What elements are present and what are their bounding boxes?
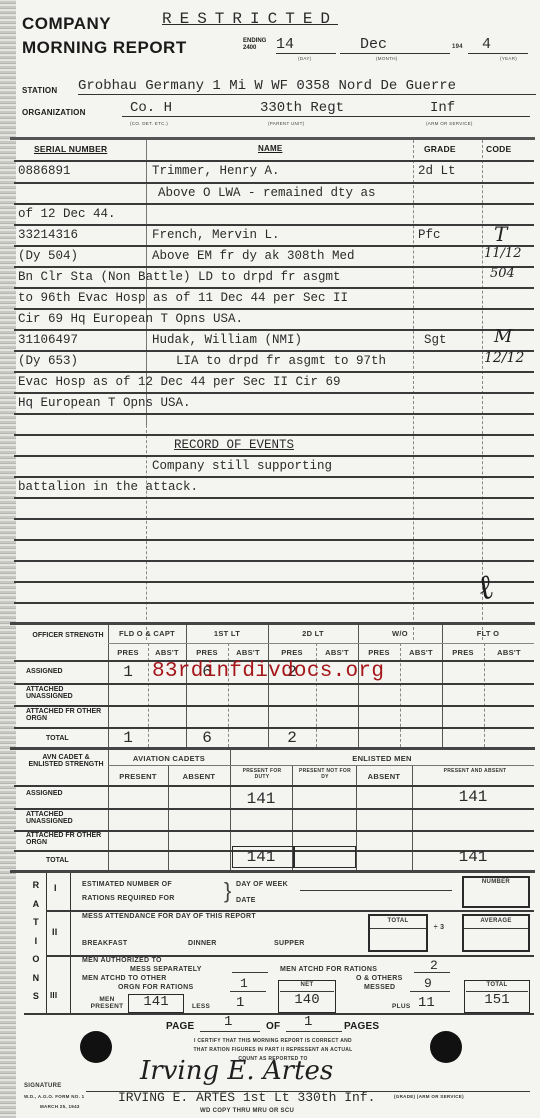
authorized-mess-label-2: MESS SEPARATELY [130, 966, 202, 973]
signature-label: SIGNATURE [24, 1083, 62, 1089]
men-atchd-other-value: 1 [240, 976, 248, 991]
serial-number-trimmer: 0886891 [18, 164, 71, 178]
sub-present-not-for-duty: PRESENT NOT FOR DY [296, 768, 354, 780]
assigned-fld-capt-pres: 1 [108, 663, 148, 681]
remark-french-3: to 96th Evac Hosp as of 11 Dec 44 per Se… [18, 291, 348, 305]
total-2d-lt-pres: 2 [268, 729, 316, 747]
page-total: 1 [304, 1014, 312, 1030]
others-messed-label-2: MESSED [364, 984, 395, 991]
form-date: MARCH 25, 1943 [40, 1104, 80, 1109]
side-letter: S [30, 987, 42, 1006]
watermark: 83rdinfdivdocs.org [152, 660, 384, 683]
breakfast-label: BREAKFAST [82, 940, 127, 947]
punch-hole-right [430, 1031, 462, 1063]
sub-abst: ABS'T [148, 648, 186, 657]
serial-number-french: 33214316 [18, 228, 78, 242]
name-trimmer: Trimmer, Henry A. [152, 164, 280, 178]
remark-hudak-2: Evac Hosp as of 12 Dec 44 per Sec II Cir… [18, 375, 341, 389]
estimated-rations-label-1: ESTIMATED NUMBER OF [82, 881, 172, 888]
grade-arm-caption: (GRADE) (ARM OR SERVICE) [394, 1094, 464, 1099]
men-atchd-other-label-1: MEN ATCHD TO OTHER [82, 975, 167, 982]
side-letter: T [30, 913, 42, 932]
sub-present-for-duty: PRESENT FOR DUTY [236, 768, 288, 780]
side-letter: R [30, 876, 42, 895]
remark-french-2: Bn Clr Sta (Non Battle) LD to drpd fr as… [18, 270, 341, 284]
sub-abst: ABS'T [484, 648, 534, 657]
total-present-and-absent: 141 [412, 848, 534, 866]
group-wo: W/O [358, 629, 442, 638]
side-letter: I [30, 932, 42, 951]
row-attached-other-label: ATTACHED FR OTHER ORGN [26, 832, 106, 846]
code-hudak-date: 12/12 [484, 350, 524, 366]
code-french: T [494, 222, 507, 246]
form-number: W.D., A.G.O. FORM NO. 1 [24, 1094, 85, 1099]
remark-trimmer-1: Above O LWA - remained dty as [158, 186, 376, 200]
average-label: AVERAGE [462, 918, 530, 924]
group-aviation-cadets: AVIATION CADETS [108, 754, 230, 763]
dinner-label: DINNER [188, 940, 217, 947]
plus-value: 11 [418, 995, 435, 1011]
side-letter: A [30, 895, 42, 914]
net-label: NET [278, 982, 336, 988]
men-atchd-rations-label: MEN ATCHD FOR RATIONS [280, 966, 377, 973]
report-day: 14 [276, 36, 336, 54]
number-label: NUMBER [462, 879, 530, 885]
assigned-present-for-duty: 141 [230, 790, 292, 808]
year-prefix: 194 [452, 44, 463, 50]
company-caption: (CO. DET. ETC.) [130, 121, 168, 126]
grade-hudak: Sgt [424, 333, 447, 347]
col-grade: GRADE [424, 144, 456, 154]
men-atchd-rations-value: 2 [430, 958, 438, 973]
form-title-company: COMPANY [22, 14, 111, 34]
row-total-label: TOTAL [46, 857, 69, 864]
arm-caption: (ARM OR SERVICE) [426, 121, 473, 126]
officer-strength-title: OFFICER STRENGTH [28, 632, 108, 639]
grade-trimmer: 2d Lt [418, 164, 456, 178]
morning-report-page: COMPANY MORNING REPORT RESTRICTED ENDING… [0, 0, 540, 1118]
side-letter: N [30, 969, 42, 988]
brace: } [224, 878, 231, 904]
row-total-label: TOTAL [46, 735, 69, 742]
sub-enlisted-absent: ABSENT [356, 772, 412, 781]
code-french-date: 11/12 [484, 246, 521, 261]
signer-typed-name: IRVING E. ARTES 1st Lt 330th Inf. [118, 1090, 375, 1105]
mess-attendance-label: MESS ATTENDANCE FOR DAY OF THIS REPORT [82, 913, 256, 920]
sub-present-and-absent: PRESENT AND ABSENT [420, 768, 530, 774]
station-value: Grobhau Germany 1 Mi W WF 0358 Nord De G… [78, 78, 536, 95]
duty-french: (Dy 504) [18, 249, 78, 263]
assigned-present-and-absent: 141 [412, 788, 534, 806]
page-number: 1 [224, 1014, 232, 1030]
organization-label: ORGANIZATION [22, 108, 86, 117]
serial-number-hudak: 31106497 [18, 333, 78, 347]
scan-edge [0, 0, 16, 1118]
punch-hole-left [80, 1031, 112, 1063]
organization-arm: Inf [420, 100, 530, 117]
rations-total-label: TOTAL [464, 982, 530, 988]
parent-caption: (PARENT UNIT) [268, 121, 304, 126]
group-fld-o-capt: FLD O & CAPT [108, 629, 186, 638]
sub-cadet-absent: ABSENT [168, 772, 230, 781]
men-present-value: 141 [128, 994, 184, 1010]
name-french: French, Mervin L. [152, 228, 280, 242]
month-caption: (MONTH) [376, 56, 398, 61]
authorized-mess-label-1: MEN AUTHORIZED TO [82, 957, 162, 964]
day-of-week-label: DAY OF WEEK [236, 881, 288, 888]
mess-total-label: TOTAL [368, 918, 428, 924]
sub-pres: PRES [268, 648, 316, 657]
rations-side-label: R A T I O N S [30, 876, 42, 1006]
col-code: CODE [486, 144, 511, 154]
date-label: DATE [236, 897, 256, 904]
certify-line-1: I CERTIFY THAT THIS MORNING REPORT IS CO… [148, 1038, 398, 1044]
sub-pres: PRES [358, 648, 400, 657]
side-letter: O [30, 950, 42, 969]
group-flt-o: FLT O [442, 629, 534, 638]
less-value: 1 [236, 995, 244, 1011]
of-label: OF [266, 1021, 280, 1032]
men-present-label: MEN PRESENT [90, 996, 124, 1010]
certify-line-2: THAT RATION FIGURES IN PART II REPRESENT… [148, 1047, 398, 1053]
col-serial-number: SERIAL NUMBER [34, 144, 107, 154]
rations-total-value: 151 [464, 992, 530, 1008]
day-caption: (DAY) [298, 56, 311, 61]
row-attached-unassigned-label: ATTACHED UNASSIGNED [26, 686, 106, 700]
sub-abst: ABS'T [316, 648, 358, 657]
form-title-morning-report: MORNING REPORT [22, 38, 187, 58]
enlisted-strength-title: AVN CADET & ENLISTED STRENGTH [26, 754, 106, 768]
sub-pres: PRES [186, 648, 228, 657]
supper-label: SUPPER [274, 940, 305, 947]
report-year: 4 [468, 36, 528, 54]
ending-label: ENDING 2400 [243, 38, 273, 52]
col-name: NAME [258, 144, 282, 153]
total-fld-capt-pres: 1 [108, 729, 148, 747]
remark-french-1: Above EM fr dy ak 308th Med [152, 249, 355, 263]
code-hudak: M [494, 326, 512, 347]
page-label: PAGE [166, 1021, 194, 1032]
record-of-events-line-2: battalion in the attack. [18, 480, 198, 494]
estimated-rations-label-2: RATIONS REQUIRED FOR [82, 895, 175, 902]
sub-abst: ABS'T [400, 648, 442, 657]
record-of-events-line-1: Company still supporting [152, 459, 332, 473]
remark-french-4: Cir 69 Hq European T Opns USA. [18, 312, 243, 326]
sub-abst: ABS'T [228, 648, 268, 657]
net-value: 140 [278, 992, 336, 1008]
sub-pres: PRES [442, 648, 484, 657]
grade-french: Pfc [418, 228, 441, 242]
report-month: Dec [340, 36, 450, 54]
remark-trimmer-2: of 12 Dec 44. [18, 207, 116, 221]
part-ii-label: II [52, 927, 57, 937]
men-atchd-other-label-2: ORGN FOR RATIONS [118, 984, 193, 991]
name-hudak: Hudak, William (NMI) [152, 333, 302, 347]
station-label: STATION [22, 86, 57, 95]
code-french-504: 504 [490, 266, 515, 281]
part-iii-label: III [50, 991, 57, 1000]
group-1st-lt: 1ST LT [186, 629, 268, 638]
row-attached-unassigned-label: ATTACHED UNASSIGNED [26, 811, 106, 825]
total-present-for-duty: 141 [230, 848, 292, 866]
group-2d-lt: 2D LT [268, 629, 358, 638]
sub-cadet-present: PRESENT [108, 772, 168, 781]
organization-company: Co. H [122, 100, 260, 117]
record-of-events-title: RECORD OF EVENTS [174, 438, 294, 452]
remark-hudak-3: Hq European T Opns USA. [18, 396, 191, 410]
organization-parent-unit: 330th Regt [260, 100, 420, 117]
distribution-note: WD COPY THRU MRU OR SCU [200, 1108, 294, 1114]
plus-label: PLUS [392, 1003, 411, 1010]
less-label: LESS [192, 1003, 210, 1010]
signature: Irving E. Artes [140, 1056, 333, 1086]
remark-hudak-1: LIA to drpd fr asgmt to 97th [176, 354, 386, 368]
others-messed-label-1: O & OTHERS [356, 975, 403, 982]
pages-label: PAGES [344, 1021, 379, 1032]
others-messed-value: 9 [424, 976, 432, 991]
row-assigned-label: ASSIGNED [26, 790, 63, 797]
part-i-label: I [54, 883, 57, 893]
row-attached-other-label: ATTACHED FR OTHER ORGN [26, 708, 106, 722]
sub-pres: PRES [108, 648, 148, 657]
row-assigned-label: ASSIGNED [26, 668, 63, 675]
divide-by-three: ÷ 3 [432, 924, 446, 931]
classification-stamp: RESTRICTED [162, 10, 338, 28]
total-1st-lt-pres: 6 [186, 729, 228, 747]
year-caption: (YEAR) [500, 56, 517, 61]
group-enlisted-men: ENLISTED MEN [230, 754, 534, 763]
duty-hudak: (Dy 653) [18, 354, 78, 368]
